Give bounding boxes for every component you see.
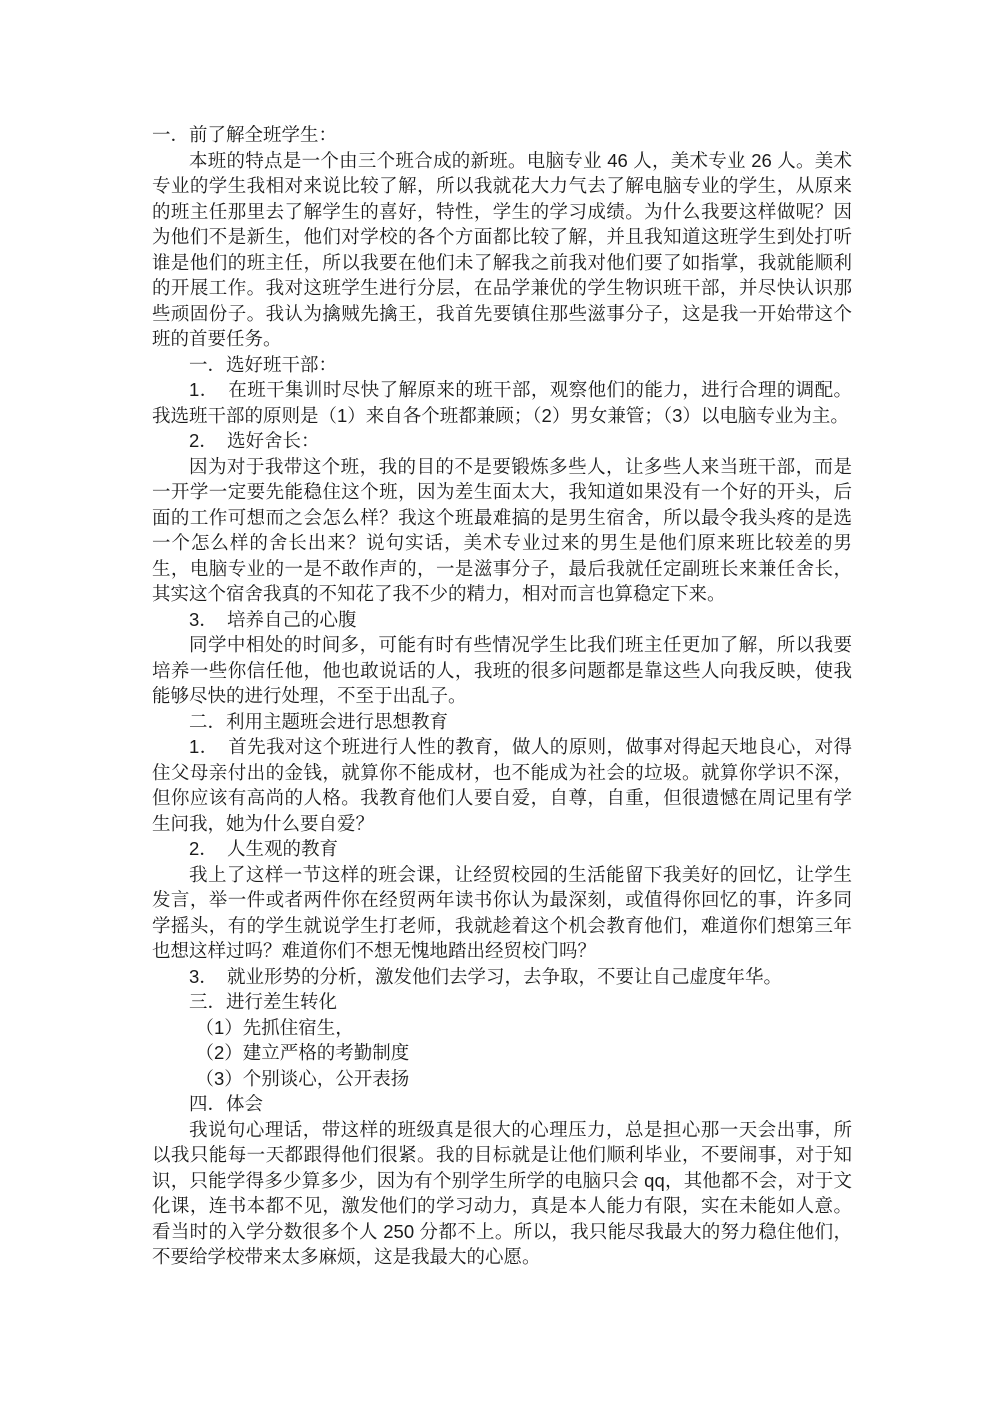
doc-paragraph: 因为对于我带这个班，我的目的不是要锻炼多些人，让多些人来当班干部，而是一开学一定… [152,454,852,607]
doc-paragraph: 1． 首先我对这个班进行人性的教育，做人的原则，做事对得起天地良心，对得住父母亲… [152,734,852,836]
doc-paragraph: 1． 在班干集训时尽快了解原来的班干部，观察他们的能力，进行合理的调配。我选班干… [152,377,852,428]
section-heading: 2． 选好舍长： [152,428,852,454]
list-item: （3）个别谈心，公开表扬 [152,1066,852,1092]
doc-paragraph: 我上了这样一节这样的班会课，让经贸校园的生活能留下我美好的回忆，让学生发言，举一… [152,862,852,964]
section-heading: 三．进行差生转化 [152,989,852,1015]
doc-paragraph: 同学中相处的时间多，可能有时有些情况学生比我们班主任更加了解，所以我要培养一些你… [152,632,852,709]
doc-paragraph: 3． 就业形势的分析，激发他们去学习，去争取，不要让自己虚度年华。 [152,964,852,990]
doc-paragraph: 本班的特点是一个由三个班合成的新班。电脑专业 46 人，美术专业 26 人。美术… [152,148,852,352]
section-heading: 四．体会 [152,1091,852,1117]
list-item: （1）先抓住宿生， [152,1015,852,1041]
section-heading: 3． 培养自己的心腹 [152,607,852,633]
list-item: （2）建立严格的考勤制度 [152,1040,852,1066]
document-page: 一．前了解全班学生： 本班的特点是一个由三个班合成的新班。电脑专业 46 人，美… [0,0,1000,1415]
section-heading: 二．利用主题班会进行思想教育 [152,709,852,735]
section-heading: 2． 人生观的教育 [152,836,852,862]
section-heading: 一．选好班干部： [152,352,852,378]
doc-paragraph: 我说句心理话，带这样的班级真是很大的心理压力，总是担心那一天会出事，所以我只能每… [152,1117,852,1270]
section-heading: 一．前了解全班学生： [152,122,852,148]
